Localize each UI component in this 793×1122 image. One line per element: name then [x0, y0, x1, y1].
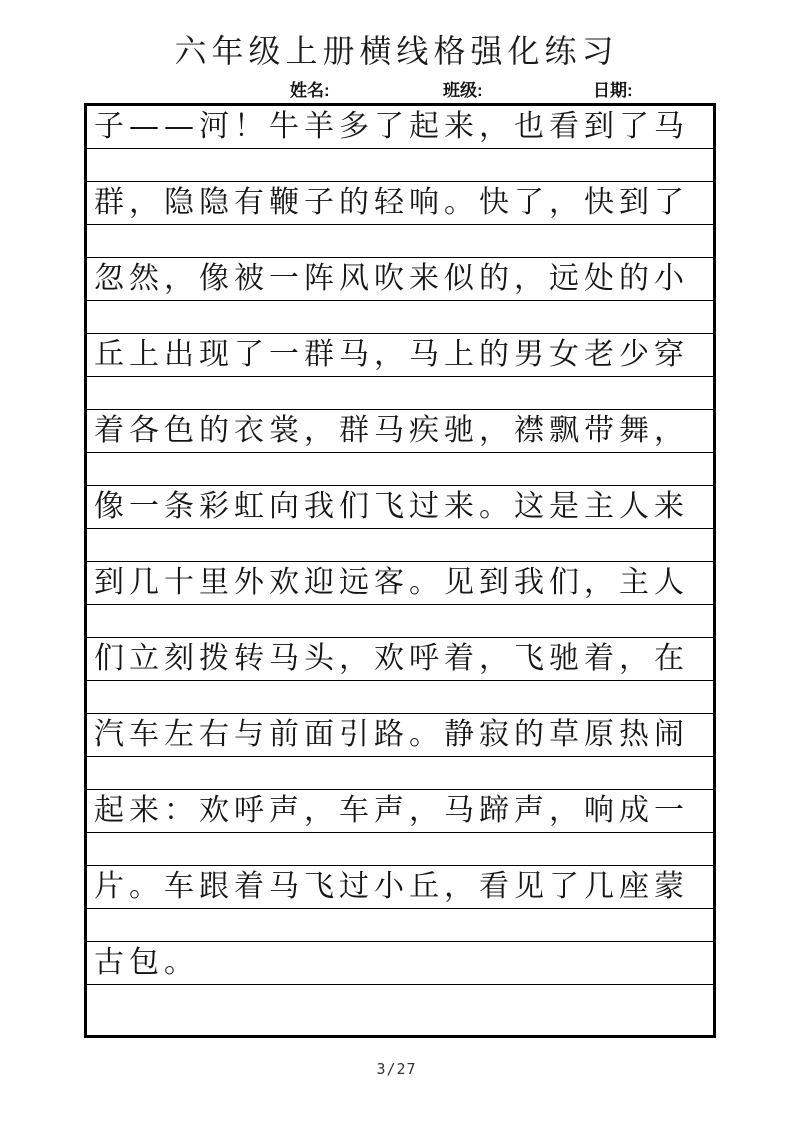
text-line: 丘上出现了一群马，马上的男女老少穿 — [87, 334, 713, 377]
worksheet-page: 六年级上册横线格强化练习 姓名: 班级: 日期: 子——河！牛羊多了起来，也看到… — [0, 0, 793, 1122]
text-line: 汽车左右与前面引路。静寂的草原热闹 — [87, 714, 713, 757]
class-label: 班级: — [443, 76, 483, 101]
blank-line — [87, 529, 713, 562]
text-line: 子——河！牛羊多了起来，也看到了马 — [87, 106, 713, 149]
blank-line — [87, 605, 713, 638]
meta-row: 姓名: 班级: 日期: — [0, 76, 793, 100]
blank-line — [87, 833, 713, 866]
blank-line — [87, 453, 713, 486]
blank-line — [87, 909, 713, 942]
name-label: 姓名: — [290, 76, 330, 101]
text-line: 古包。 — [87, 942, 713, 985]
date-label: 日期: — [593, 76, 633, 101]
blank-line — [87, 985, 713, 1035]
blank-line — [87, 681, 713, 714]
blank-line — [87, 149, 713, 182]
text-line: 群，隐隐有鞭子的轻响。快了，快到了 — [87, 182, 713, 225]
text-line: 像一条彩虹向我们飞过来。这是主人来 — [87, 486, 713, 529]
text-line: 们立刻拨转马头，欢呼着，飞驰着，在 — [87, 638, 713, 681]
blank-line — [87, 377, 713, 410]
text-line: 忽然，像被一阵风吹来似的，远处的小 — [87, 258, 713, 301]
blank-line — [87, 225, 713, 258]
page-number: 3/27 — [0, 1060, 793, 1078]
blank-line — [87, 757, 713, 790]
text-line: 到几十里外欢迎远客。见到我们，主人 — [87, 562, 713, 605]
text-line: 起来：欢呼声，车声，马蹄声，响成一 — [87, 790, 713, 833]
page-title: 六年级上册横线格强化练习 — [0, 26, 793, 72]
blank-line — [87, 301, 713, 334]
text-line: 片。车跟着马飞过小丘，看见了几座蒙 — [87, 866, 713, 909]
text-line: 着各色的衣裳，群马疾驰，襟飘带舞， — [87, 410, 713, 453]
writing-grid: 子——河！牛羊多了起来，也看到了马 群，隐隐有鞭子的轻响。快了，快到了 忽然，像… — [84, 103, 716, 1038]
